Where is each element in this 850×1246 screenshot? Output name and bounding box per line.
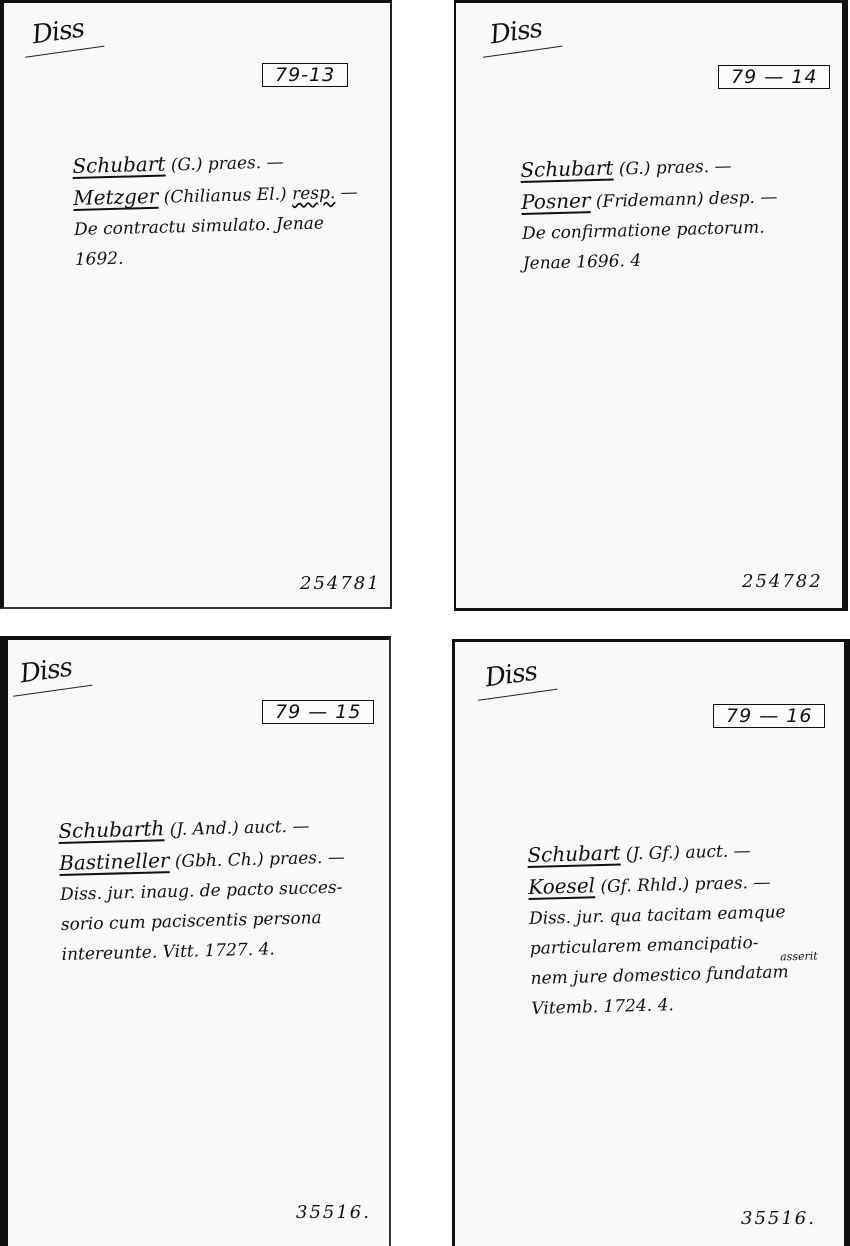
catalog-card-79-14: Diss 79 — 14 Schubart (G.) praes. — Posn… [454,0,848,611]
author-role: (G.) praes. — [165,152,284,175]
accession-number: 35516. [296,1202,371,1223]
catalog-entry: Schubart (G.) praes. — Metzger (Chilianu… [72,144,360,275]
diss-label: Diss [488,14,544,51]
call-number: 79-13 [262,63,348,87]
catalog-entry: Schubart (G.) praes. — Posner (Fridemann… [520,148,779,279]
title-line: nem jure domestico fundatam [530,962,789,989]
praeses-name: Bastineller [59,848,170,875]
author-role: (J. And.) auct. — [164,816,310,840]
call-number: 79 — 15 [262,700,374,724]
diss-label: Diss [30,14,86,51]
diss-label: Diss [483,657,539,694]
call-number: 79 — 16 [713,704,825,728]
respondent-role: (Fridemann) desp. — [590,187,777,212]
respondent-name: Posner [521,188,591,214]
author-name: Schubart [72,152,166,178]
title-line: intereunte. Vitt. 1727. 4. [61,932,347,969]
author-name: Schubart [527,841,621,867]
accession-number: 254781 [300,573,381,594]
catalog-card-79-16: Diss 79 — 16 Schubart (J. Gf.) auct. — K… [452,639,850,1246]
author-role: (J. Gf.) auct. — [620,841,751,864]
catalog-card-79-13: Diss 79-13 Schubart (G.) praes. — Metzge… [0,0,392,609]
author-role: (G.) praes. — [613,156,732,179]
diss-label: Diss [18,653,74,690]
praeses-role: (Gbh. Ch.) praes. — [169,848,345,873]
respondent-role: resp. [292,183,336,204]
catalog-card-79-15: Diss 79 — 15 Schubarth (J. And.) auct. —… [0,636,391,1246]
title-line: Jenae 1696. 4 [522,242,779,279]
title-line: 1692. [74,238,359,275]
catalog-entry: Schubart (J. Gf.) auct. — Koesel (Gf. Rh… [527,833,790,1024]
inserted-word: asserit [780,950,818,963]
praeses-role: (Gf. Rhld.) praes. — [595,873,771,898]
accession-number: 254782 [742,571,823,592]
author-name: Schubart [520,156,614,182]
respondent-name: Metzger [73,184,159,210]
call-number: 79 — 14 [718,65,830,89]
dash: — [335,183,358,204]
praeses-name: Koesel [528,873,595,899]
author-name: Schubarth [58,816,164,843]
respondent-given-name: (Chilianus El.) [158,184,292,207]
catalog-entry: Schubarth (J. And.) auct. — Bastineller … [58,809,348,970]
accession-number: 35516. [741,1208,816,1229]
